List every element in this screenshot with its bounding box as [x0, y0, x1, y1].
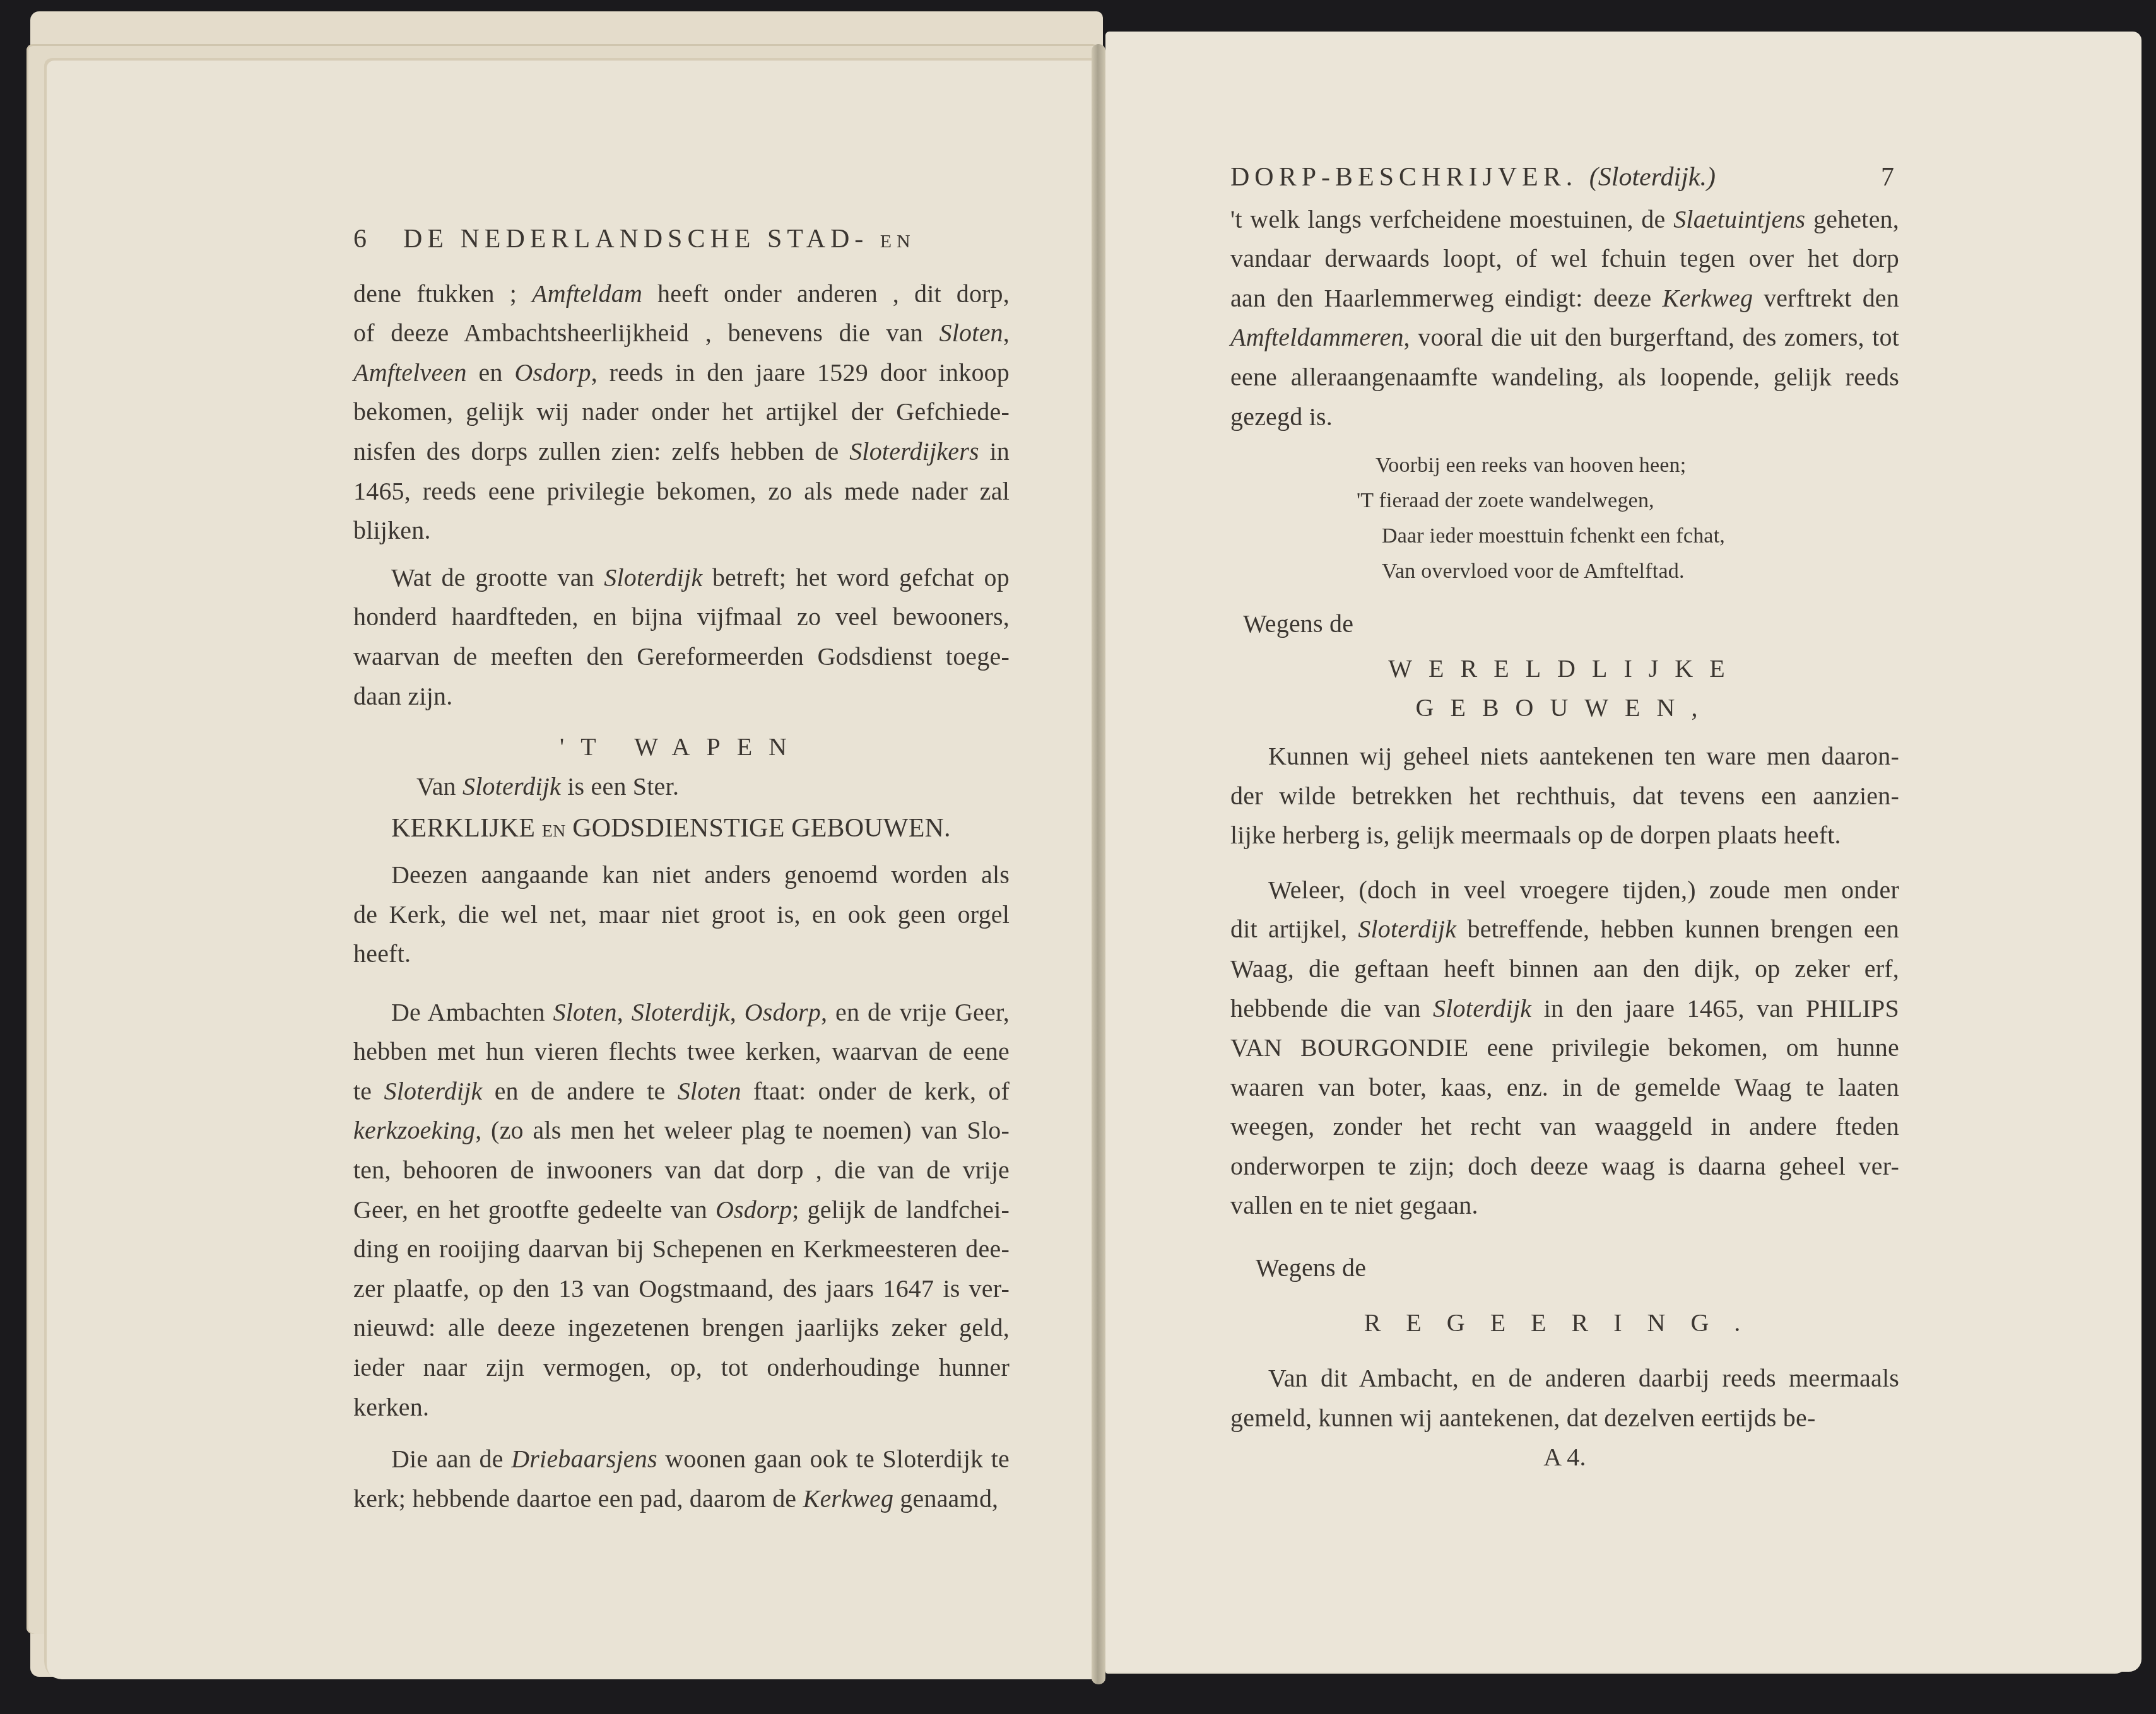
text-line: of deeze Ambachtsheerlijkheid , benevens…	[353, 314, 1010, 353]
text-line: ding en rooijing daarvan bij Schepenen e…	[353, 1230, 1010, 1269]
text-line: honderd haardfteden, en bijna vijfmaal z…	[353, 597, 1010, 637]
text-line: Kunnen wij geheel niets aantekenen ten w…	[1230, 737, 1899, 777]
text-line: weegen, zonder het recht van waaggeld in…	[1230, 1107, 1899, 1147]
running-head-right: DORP-BESCHRIJVER. (Sloterdijk.) 7	[1230, 158, 1899, 197]
running-head-left: 6DE NEDERLANDSCHE STAD- EN	[353, 220, 1010, 262]
text-line: waaren van boter, kaas, enz. in de gemel…	[1230, 1068, 1899, 1108]
section-heading-wereldlijke: WERELDLIJKE GEBOUWEN,	[1230, 649, 1899, 728]
text-line: nieuwd: alle deeze ingezetenen brengen j…	[353, 1308, 1010, 1348]
text-line: dit artijkel, Sloterdijk betreffende, he…	[1230, 910, 1899, 949]
verse-line: Daar ieder moesttuin fchenkt een fchat,	[1230, 519, 1899, 554]
paragraph: Die aan de Driebaarsjens woonen gaan ook…	[353, 1440, 1010, 1518]
text-line: 't welk langs verfcheidene moestuinen, d…	[1230, 200, 1899, 240]
text-line: onderworpen te zijn; doch deeze waag is …	[1230, 1147, 1899, 1187]
text-line: VAN BOURGONDIE eene privilegie bekomen, …	[1230, 1028, 1899, 1068]
text-line: kerken.	[353, 1388, 1010, 1428]
paragraph: dene ftukken ; Amfteldam heeft onder and…	[353, 274, 1010, 551]
text-line: dene ftukken ; Amfteldam heeft onder and…	[353, 274, 1010, 314]
text-line: gemeld, kunnen wij aantekenen, dat dezel…	[1230, 1399, 1899, 1438]
text-line: hebbende die van Sloterdijk in den jaare…	[1230, 989, 1899, 1029]
text-line: Geer, en het grootfte gedeelte van Osdor…	[353, 1190, 1010, 1230]
book-gutter	[1092, 44, 1105, 1684]
text-line: Amftelveen en Osdorp, reeds in den jaare…	[353, 353, 1010, 393]
text-line: hebben met hun vieren flechts twee kerke…	[353, 1032, 1010, 1072]
text-line: vandaar derwaards loopt, of wel fchuin t…	[1230, 239, 1899, 279]
wegens-de-2: Wegens de	[1230, 1248, 1899, 1288]
text-line: heeft.	[353, 934, 1010, 974]
text-line: vallen en te niet gegaan.	[1230, 1186, 1899, 1226]
wegens-de-1: Wegens de	[1230, 604, 1899, 644]
paragraph: Kunnen wij geheel niets aantekenen ten w…	[1230, 737, 1899, 855]
paragraph: 't welk langs verfcheidene moestuinen, d…	[1230, 200, 1899, 437]
text-line: kerk; hebbende daartoe een pad, daarom d…	[353, 1479, 1010, 1519]
text-line: eene alleraangenaamfte wandeling, als lo…	[1230, 358, 1899, 397]
verse-line: Voorbij een reeks van hooven heen;	[1230, 448, 1899, 483]
text-line: blijken.	[353, 511, 1010, 551]
text-line: daan zijn.	[353, 677, 1010, 717]
text-line: Van dit Ambacht, en de anderen daarbij r…	[1230, 1359, 1899, 1399]
text-line: Weleer, (doch in veel vroegere tijden,) …	[1230, 871, 1899, 910]
text-line: lijke herberg is, gelijk meermaals op de…	[1230, 816, 1899, 855]
text-line: de Kerk, die wel net, maar niet groot is…	[353, 895, 1010, 935]
signature-mark: A 4.	[1230, 1438, 1899, 1477]
text-line: 1465, reeds eene privilegie bekomen, zo …	[353, 472, 1010, 512]
text-line: aan den Haarlemmerweg eindigt: deeze Ker…	[1230, 279, 1899, 319]
section-heading-wapen: 'T WAPEN	[353, 727, 1010, 767]
text-line: De Ambachten Sloten, Sloterdijk, Osdorp,…	[353, 993, 1010, 1033]
wapen-line: Van Sloterdijk is een Ster.	[353, 767, 1010, 807]
text-line: bekomen, gelijk wij nader onder het arti…	[353, 392, 1010, 432]
text-line: kerkzoeking, (zo als men het weleer plag…	[353, 1111, 1010, 1151]
text-line: nisfen des dorps zullen zien: zelfs hebb…	[353, 432, 1010, 472]
left-page-text: 6DE NEDERLANDSCHE STAD- EN dene ftukken …	[353, 220, 1010, 1518]
verse-line: Van overvloed voor de Amftelftad.	[1230, 554, 1899, 589]
section-heading-kerk: KERKLIJKE EN GODSDIENSTIGE GEBOUWEN.	[353, 809, 1010, 852]
section-heading-regeering: REGEERING.	[1230, 1303, 1899, 1343]
text-line: ten, behooren de inwooners van dat dorp …	[353, 1151, 1010, 1190]
text-line: Wat de grootte van Sloterdijk betreft; h…	[353, 558, 1010, 598]
text-line: te Sloterdijk en de andere te Sloten fta…	[353, 1072, 1010, 1112]
paragraph: De Ambachten Sloten, Sloterdijk, Osdorp,…	[353, 993, 1010, 1428]
text-line: Deezen aangaande kan niet anders genoemd…	[353, 855, 1010, 895]
text-line: waarvan de meeften den Gereformeerden Go…	[353, 637, 1010, 677]
verse: Voorbij een reeks van hooven heen;'T fie…	[1230, 448, 1899, 589]
text-line: Waag, die geftaan heeft binnen aan den d…	[1230, 949, 1899, 989]
page-number: 6	[353, 225, 372, 254]
text-line: der wilde betrekken het rechthuis, dat t…	[1230, 777, 1899, 816]
right-page-text: DORP-BESCHRIJVER. (Sloterdijk.) 7 't wel…	[1230, 158, 1899, 1477]
page-number: 7	[1881, 158, 1899, 197]
text-line: zer plaatfe, op den 13 van Oogstmaand, d…	[353, 1269, 1010, 1309]
paragraph: Wat de grootte van Sloterdijk betreft; h…	[353, 558, 1010, 716]
text-line: Die aan de Driebaarsjens woonen gaan ook…	[353, 1440, 1010, 1479]
text-line: ieder naar zijn vermogen, op, tot onderh…	[353, 1348, 1010, 1388]
paragraph: Deezen aangaande kan niet anders genoemd…	[353, 855, 1010, 974]
text-line: Amfteldammeren, vooral die uit den burge…	[1230, 318, 1899, 358]
paragraph: Van dit Ambacht, en de anderen daarbij r…	[1230, 1359, 1899, 1438]
text-line: gezegd is.	[1230, 397, 1899, 437]
paragraph: Weleer, (doch in veel vroegere tijden,) …	[1230, 871, 1899, 1226]
verse-line: 'T fieraad der zoete wandelwegen,	[1230, 483, 1899, 519]
